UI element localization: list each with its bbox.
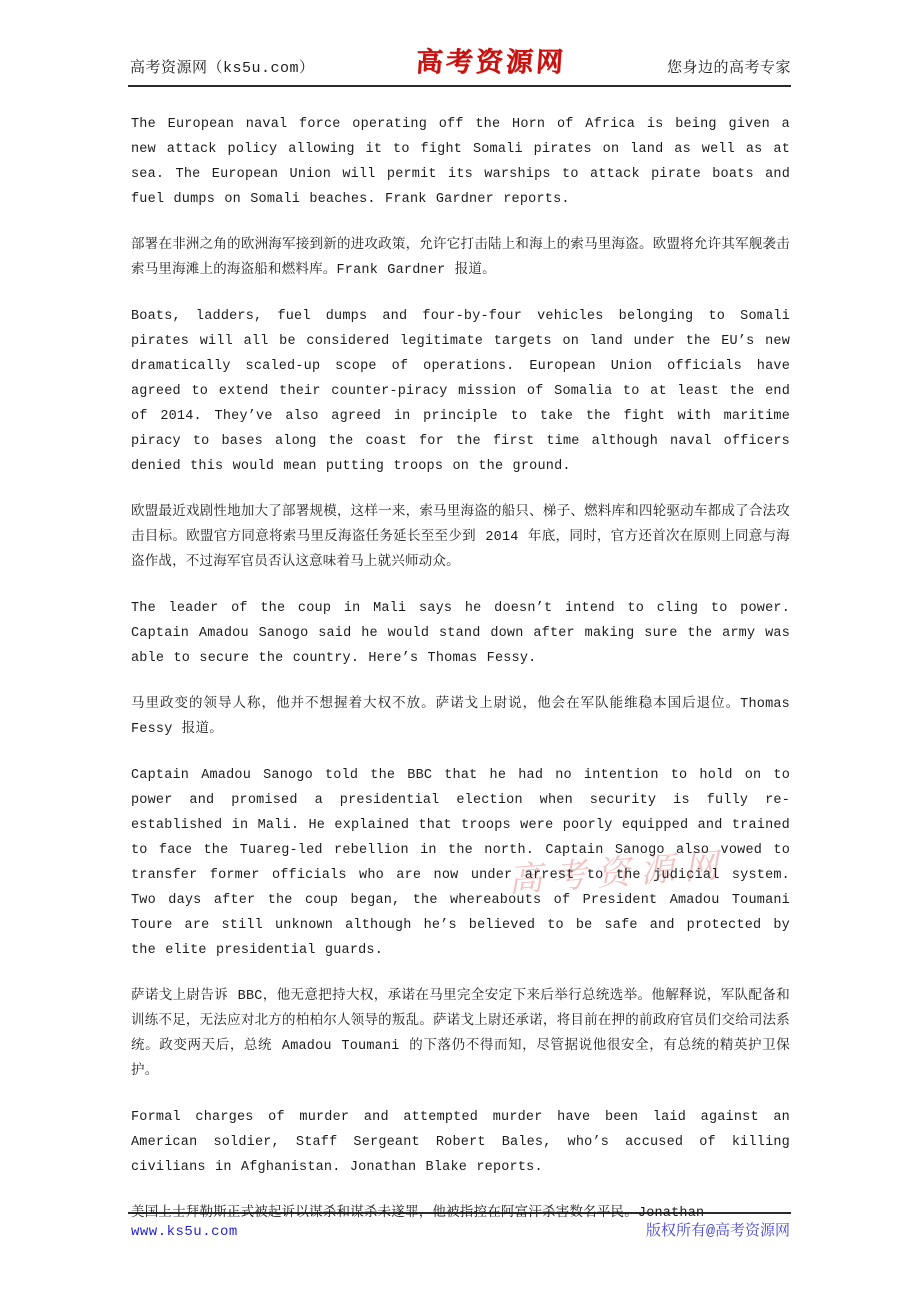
header-slogan: 您身边的高考专家 xyxy=(667,56,791,81)
paragraph-en-somalia-intro: The European naval force operating off t… xyxy=(131,112,790,212)
paragraph-zh-somalia-intro: 部署在非洲之角的欧洲海军接到新的进攻政策，允许它打击陆上和海上的索马里海盗。欧盟… xyxy=(131,233,790,283)
site-logo: 高考资源网 xyxy=(414,40,567,81)
paragraph-en-afghanistan: Formal charges of murder and attempted m… xyxy=(131,1105,790,1180)
header-site-name: 高考资源网（ks5u.com） xyxy=(130,56,315,81)
paragraph-zh-mali-intro: 马里政变的领导人称，他并不想握着大权不放。萨诺戈上尉说，他会在军队能维稳本国后退… xyxy=(131,692,790,742)
paragraph-en-somalia-detail: Boats, ladders, fuel dumps and four-by-f… xyxy=(131,304,790,479)
document-body: The European naval force operating off t… xyxy=(131,112,790,1247)
paragraph-en-mali-detail: Captain Amadou Sanogo told the BBC that … xyxy=(131,763,790,963)
page-header: 高考资源网（ks5u.com） 高考资源网 您身边的高考专家 xyxy=(130,40,791,81)
footer-site-link[interactable]: www.ks5u.com xyxy=(131,1224,238,1240)
header-divider xyxy=(128,85,791,87)
document-page: 高考资源网（ks5u.com） 高考资源网 您身边的高考专家 高考资源网 The… xyxy=(0,0,920,1302)
paragraph-zh-mali-detail: 萨诺戈上尉告诉 BBC，他无意把持大权，承诺在马里完全安定下来后举行总统选举。他… xyxy=(131,984,790,1084)
paragraph-en-mali-intro: The leader of the coup in Mali says he d… xyxy=(131,596,790,671)
paragraph-zh-somalia-detail: 欧盟最近戏剧性地加大了部署规模，这样一来，索马里海盗的船只、梯子、燃料库和四轮驱… xyxy=(131,500,790,575)
paragraph-zh-afghanistan: 美国上士拜勒斯正式被起诉以谋杀和谋杀未遂罪，他被指控在阿富汗杀害数名平民。Jon… xyxy=(131,1201,790,1226)
